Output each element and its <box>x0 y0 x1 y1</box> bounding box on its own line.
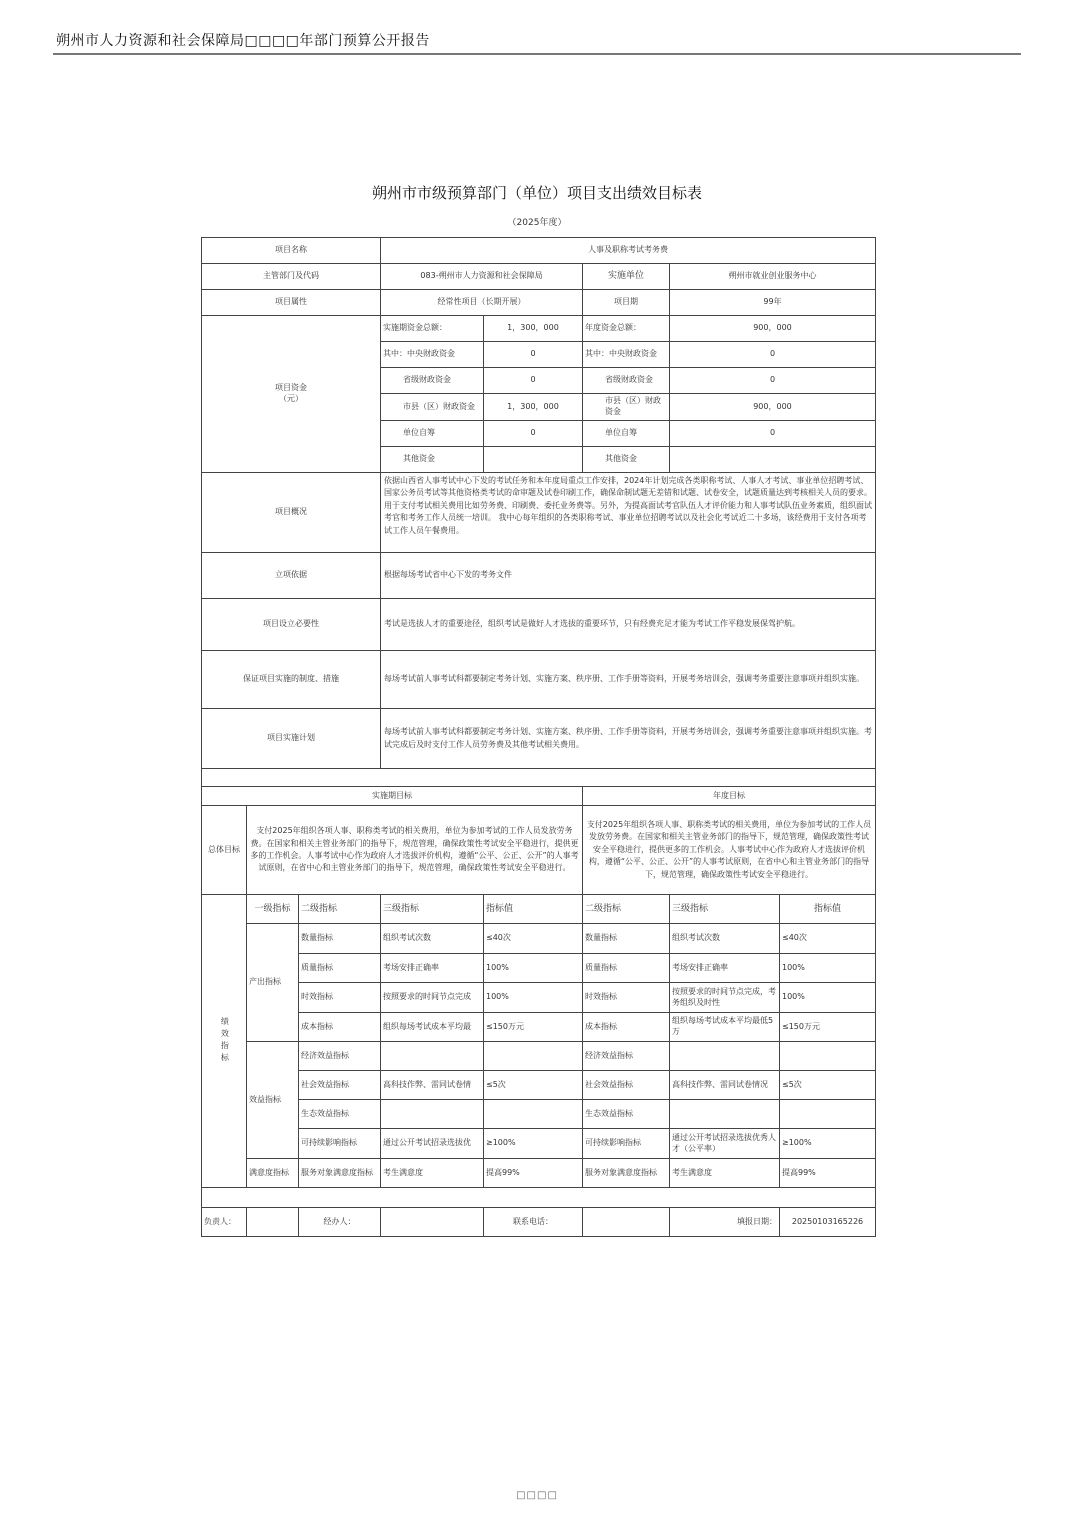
label-dept: 主管部门及代码 <box>201 263 381 290</box>
year-indicator-level2: 社会效益指标 <box>582 1070 670 1100</box>
year-goal-header: 年度目标 <box>582 786 876 806</box>
label-period: 项目期 <box>582 289 670 316</box>
indicator-value: ≥100% <box>483 1128 583 1159</box>
indicator-level3: 组织考试次数 <box>380 923 484 954</box>
indicator-value: 100% <box>483 953 583 983</box>
indicator-level2: 生态效益指标 <box>298 1099 381 1129</box>
year-indicator-level3 <box>669 1099 780 1129</box>
spacer-row <box>201 1187 876 1208</box>
header-divider <box>53 53 1021 55</box>
funds-impl-label: 其他资金 <box>380 446 484 473</box>
date-value: 20250103165226 <box>779 1207 876 1237</box>
year-indicator-level3: 按照要求的时间节点完成，考务组织及时性 <box>669 982 780 1013</box>
year-indicator-level2: 成本指标 <box>582 1012 670 1042</box>
label-overview: 项目概况 <box>201 472 381 553</box>
header-level1: 一级指标 <box>246 894 299 924</box>
indicator-level2: 可持续影响指标 <box>298 1128 381 1159</box>
funds-year-value: 900，000 <box>669 315 876 342</box>
funds-year-value: 0 <box>669 367 876 394</box>
indicator-value: ≤150万元 <box>483 1012 583 1042</box>
funds-impl-label: 其中：中央财政资金 <box>380 341 484 368</box>
label-project-name: 项目名称 <box>201 237 381 264</box>
page-subtitle: （2025年度） <box>0 215 1074 228</box>
plan-text: 每场考试前人事考试科都要制定考务计划、实施方案、秩序册、工作手册等资料，开展考务… <box>380 708 876 769</box>
phone-value <box>582 1207 670 1237</box>
year-indicator-level3: 组织每场考试成本平均最低5万 <box>669 1012 780 1042</box>
year-indicator-value: ≥100% <box>779 1128 876 1159</box>
funds-year-label: 市县（区）财政资金 <box>582 393 670 421</box>
label-basis: 立项依据 <box>201 552 381 599</box>
label-funds: 项目资金 （元） <box>201 315 381 473</box>
indicator-level2: 数量指标 <box>298 923 381 954</box>
label-overall-goal: 总体目标 <box>201 805 247 895</box>
funds-impl-label: 省级财政资金 <box>380 367 484 394</box>
indicator-level2: 时效指标 <box>298 982 381 1013</box>
funds-impl-label: 单位自筹 <box>380 420 484 447</box>
funds-impl-value <box>483 446 583 473</box>
year-indicator-value: ≤40次 <box>779 923 876 954</box>
impl-unit-value: 朔州市就业创业服务中心 <box>669 263 876 290</box>
label-measures: 保证项目实施的制度、措施 <box>201 650 381 709</box>
funds-year-value <box>669 446 876 473</box>
year-indicator-level2: 经济效益指标 <box>582 1041 670 1071</box>
funds-impl-value: 1，300，000 <box>483 393 583 421</box>
funds-year-label: 其中：中央财政资金 <box>582 341 670 368</box>
label-impl-unit: 实施单位 <box>582 263 670 290</box>
funds-year-label: 单位自筹 <box>582 420 670 447</box>
indicator-level2: 质量指标 <box>298 953 381 983</box>
indicator-level3: 考生满意度 <box>380 1158 484 1188</box>
dept-value: 083-朔州市人力资源和社会保障局 <box>380 263 583 290</box>
overview-text: 依据山西省人事考试中心下发的考试任务和本年度局重点工作安排，2024年计划完成各… <box>380 472 876 553</box>
handler-value <box>380 1207 484 1237</box>
period-value: 99年 <box>669 289 876 316</box>
label-performance-indicators: 绩效指标 <box>201 894 247 1188</box>
indicator-level2: 服务对象满意度指标 <box>298 1158 381 1188</box>
label-responsible: 负责人： <box>201 1207 247 1237</box>
funds-impl-label: 市县（区）财政资金 <box>380 393 484 421</box>
funds-impl-value: 0 <box>483 367 583 394</box>
group-output: 产出指标 <box>246 923 299 1042</box>
year-indicator-level2: 服务对象满意度指标 <box>582 1158 670 1188</box>
indicator-value: ≤40次 <box>483 923 583 954</box>
indicator-value: 100% <box>483 982 583 1013</box>
funds-impl-value: 0 <box>483 420 583 447</box>
header-value: 指标值 <box>483 894 583 924</box>
label-phone: 联系电话： <box>483 1207 583 1237</box>
year-indicator-level2: 时效指标 <box>582 982 670 1013</box>
group-benefit: 效益指标 <box>246 1041 299 1159</box>
funds-year-value: 900，000 <box>669 393 876 421</box>
funds-year-label: 年度资金总额： <box>582 315 670 342</box>
funds-year-label: 其他资金 <box>582 446 670 473</box>
measures-text: 每场考试前人事考试科都要制定考务计划、实施方案、秩序册、工作手册等资料，开展考务… <box>380 650 876 709</box>
funds-impl-label: 实施期资金总额： <box>380 315 484 342</box>
page-header: 朔州市人力资源和社会保障局□□□□年部门预算公开报告 <box>56 30 430 50</box>
year-indicator-level2: 生态效益指标 <box>582 1099 670 1129</box>
necessity-text: 考试是选拔人才的重要途径，组织考试是做好人才选拔的重要环节，只有经费充足才能为考… <box>380 598 876 651</box>
page-title: 朔州市市级预算部门（单位）项目支出绩效目标表 <box>0 182 1074 203</box>
page-number: □□□□ <box>0 1490 1074 1501</box>
label-necessity: 项目设立必要性 <box>201 598 381 651</box>
year-indicator-level3 <box>669 1041 780 1071</box>
funds-impl-value: 1，300，000 <box>483 315 583 342</box>
year-indicator-value: 100% <box>779 953 876 983</box>
project-name-value: 人事及职称考试考务费 <box>380 237 876 264</box>
year-indicator-value: 100% <box>779 982 876 1013</box>
spacer-row <box>201 768 876 787</box>
label-attr: 项目属性 <box>201 289 381 316</box>
year-indicator-level2: 可持续影响指标 <box>582 1128 670 1159</box>
indicator-level2: 社会效益指标 <box>298 1070 381 1100</box>
funds-year-value: 0 <box>669 420 876 447</box>
year-goal-text: 支付2025年组织各项人事、职称类考试的相关费用，单位为参加考试的工作人员发放劳… <box>582 805 876 895</box>
indicator-level3: 通过公开考试招录选拔优 <box>380 1128 484 1159</box>
indicator-level3: 组织每场考试成本平均最 <box>380 1012 484 1042</box>
header-year-level2: 二级指标 <box>582 894 670 924</box>
impl-goal-text: 支付2025年组织各项人事、职称类考试的相关费用，单位为参加考试的工作人员发放劳… <box>246 805 583 895</box>
label-date: 填报日期： <box>669 1207 780 1237</box>
year-indicator-level3: 高科技作弊、雷同试卷情况 <box>669 1070 780 1100</box>
header-level2: 二级指标 <box>298 894 381 924</box>
year-indicator-value <box>779 1099 876 1129</box>
funds-year-label: 省级财政资金 <box>582 367 670 394</box>
year-indicator-value: ≤5次 <box>779 1070 876 1100</box>
year-indicator-level3: 通过公开考试招录选拔优秀人才（公平率） <box>669 1128 780 1159</box>
indicator-level2: 成本指标 <box>298 1012 381 1042</box>
basis-text: 根据每场考试省中心下发的考务文件 <box>380 552 876 599</box>
attr-value: 经常性项目（长期开展） <box>380 289 583 316</box>
funds-impl-value: 0 <box>483 341 583 368</box>
year-indicator-level3: 组织考试次数 <box>669 923 780 954</box>
header-year-value: 指标值 <box>779 894 876 924</box>
funds-year-value: 0 <box>669 341 876 368</box>
label-plan: 项目实施计划 <box>201 708 381 769</box>
header-level3: 三级指标 <box>380 894 484 924</box>
indicator-value: 提高99% <box>483 1158 583 1188</box>
indicator-level3 <box>380 1099 484 1129</box>
year-indicator-level2: 质量指标 <box>582 953 670 983</box>
year-indicator-value <box>779 1041 876 1071</box>
year-indicator-level3: 考场安排正确率 <box>669 953 780 983</box>
year-indicator-level3: 考生满意度 <box>669 1158 780 1188</box>
indicator-value: ≤5次 <box>483 1070 583 1100</box>
indicator-level3 <box>380 1041 484 1071</box>
indicator-level3: 高科技作弊、雷同试卷情 <box>380 1070 484 1100</box>
indicator-value <box>483 1099 583 1129</box>
year-indicator-value: 提高99% <box>779 1158 876 1188</box>
indicator-level3: 考场安排正确率 <box>380 953 484 983</box>
indicator-level2: 经济效益指标 <box>298 1041 381 1071</box>
indicator-level3: 按照要求的时间节点完成 <box>380 982 484 1013</box>
responsible-value <box>246 1207 299 1237</box>
group-satisfaction: 满意度指标 <box>246 1158 299 1188</box>
impl-goal-header: 实施期目标 <box>201 786 583 806</box>
indicator-value <box>483 1041 583 1071</box>
year-indicator-value: ≤150万元 <box>779 1012 876 1042</box>
header-year-level3: 三级指标 <box>669 894 780 924</box>
label-handler: 经办人： <box>298 1207 381 1237</box>
year-indicator-level2: 数量指标 <box>582 923 670 954</box>
